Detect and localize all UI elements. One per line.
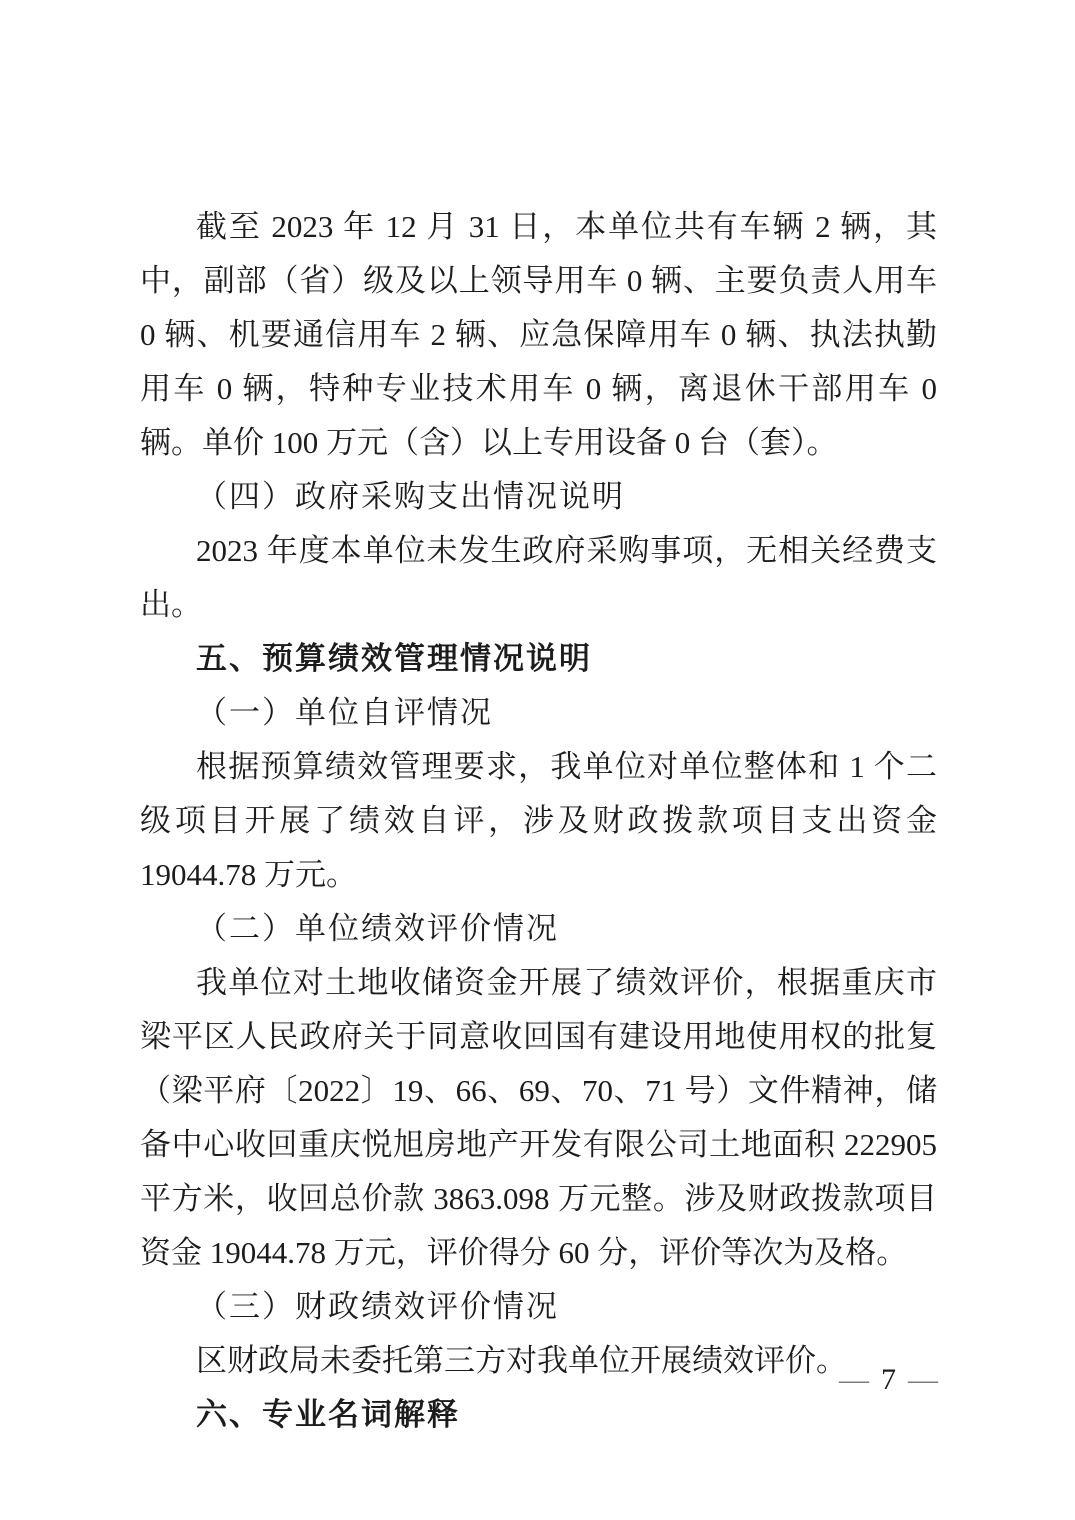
page-number: 7 (869, 1363, 908, 1396)
paragraph-fiscal-performance-evaluation: 区财政局未委托第三方对我单位开展绩效评价。 (140, 1334, 937, 1388)
subheading-unit-performance-evaluation: （二）单位绩效评价情况 (140, 902, 937, 956)
document-page: 截至 2023 年 12 月 31 日，本单位共有车辆 2 辆，其中，副部（省）… (0, 0, 1075, 1520)
section-heading-terminology: 六、专业名词解释 (140, 1388, 937, 1442)
paragraph-vehicle-assets: 截至 2023 年 12 月 31 日，本单位共有车辆 2 辆，其中，副部（省）… (140, 200, 937, 470)
paragraph-self-evaluation: 根据预算绩效管理要求，我单位对单位整体和 1 个二级项目开展了绩效自评，涉及财政… (140, 740, 937, 902)
subheading-self-evaluation: （一）单位自评情况 (140, 686, 937, 740)
paragraph-gov-procurement: 2023 年度本单位未发生政府采购事项，无相关经费支出。 (140, 524, 937, 632)
page-body: 截至 2023 年 12 月 31 日，本单位共有车辆 2 辆，其中，副部（省）… (140, 200, 937, 1442)
footer-left-dash: — (839, 1363, 869, 1396)
footer-right-dash: — (908, 1363, 938, 1396)
section-heading-budget-performance: 五、预算绩效管理情况说明 (140, 632, 937, 686)
subheading-fiscal-performance-evaluation: （三）财政绩效评价情况 (140, 1280, 937, 1334)
subheading-gov-procurement: （四）政府采购支出情况说明 (140, 470, 937, 524)
page-footer: —7— (839, 1362, 938, 1398)
paragraph-unit-performance-evaluation: 我单位对土地收储资金开展了绩效评价，根据重庆市梁平区人民政府关于同意收回国有建设… (140, 956, 937, 1280)
